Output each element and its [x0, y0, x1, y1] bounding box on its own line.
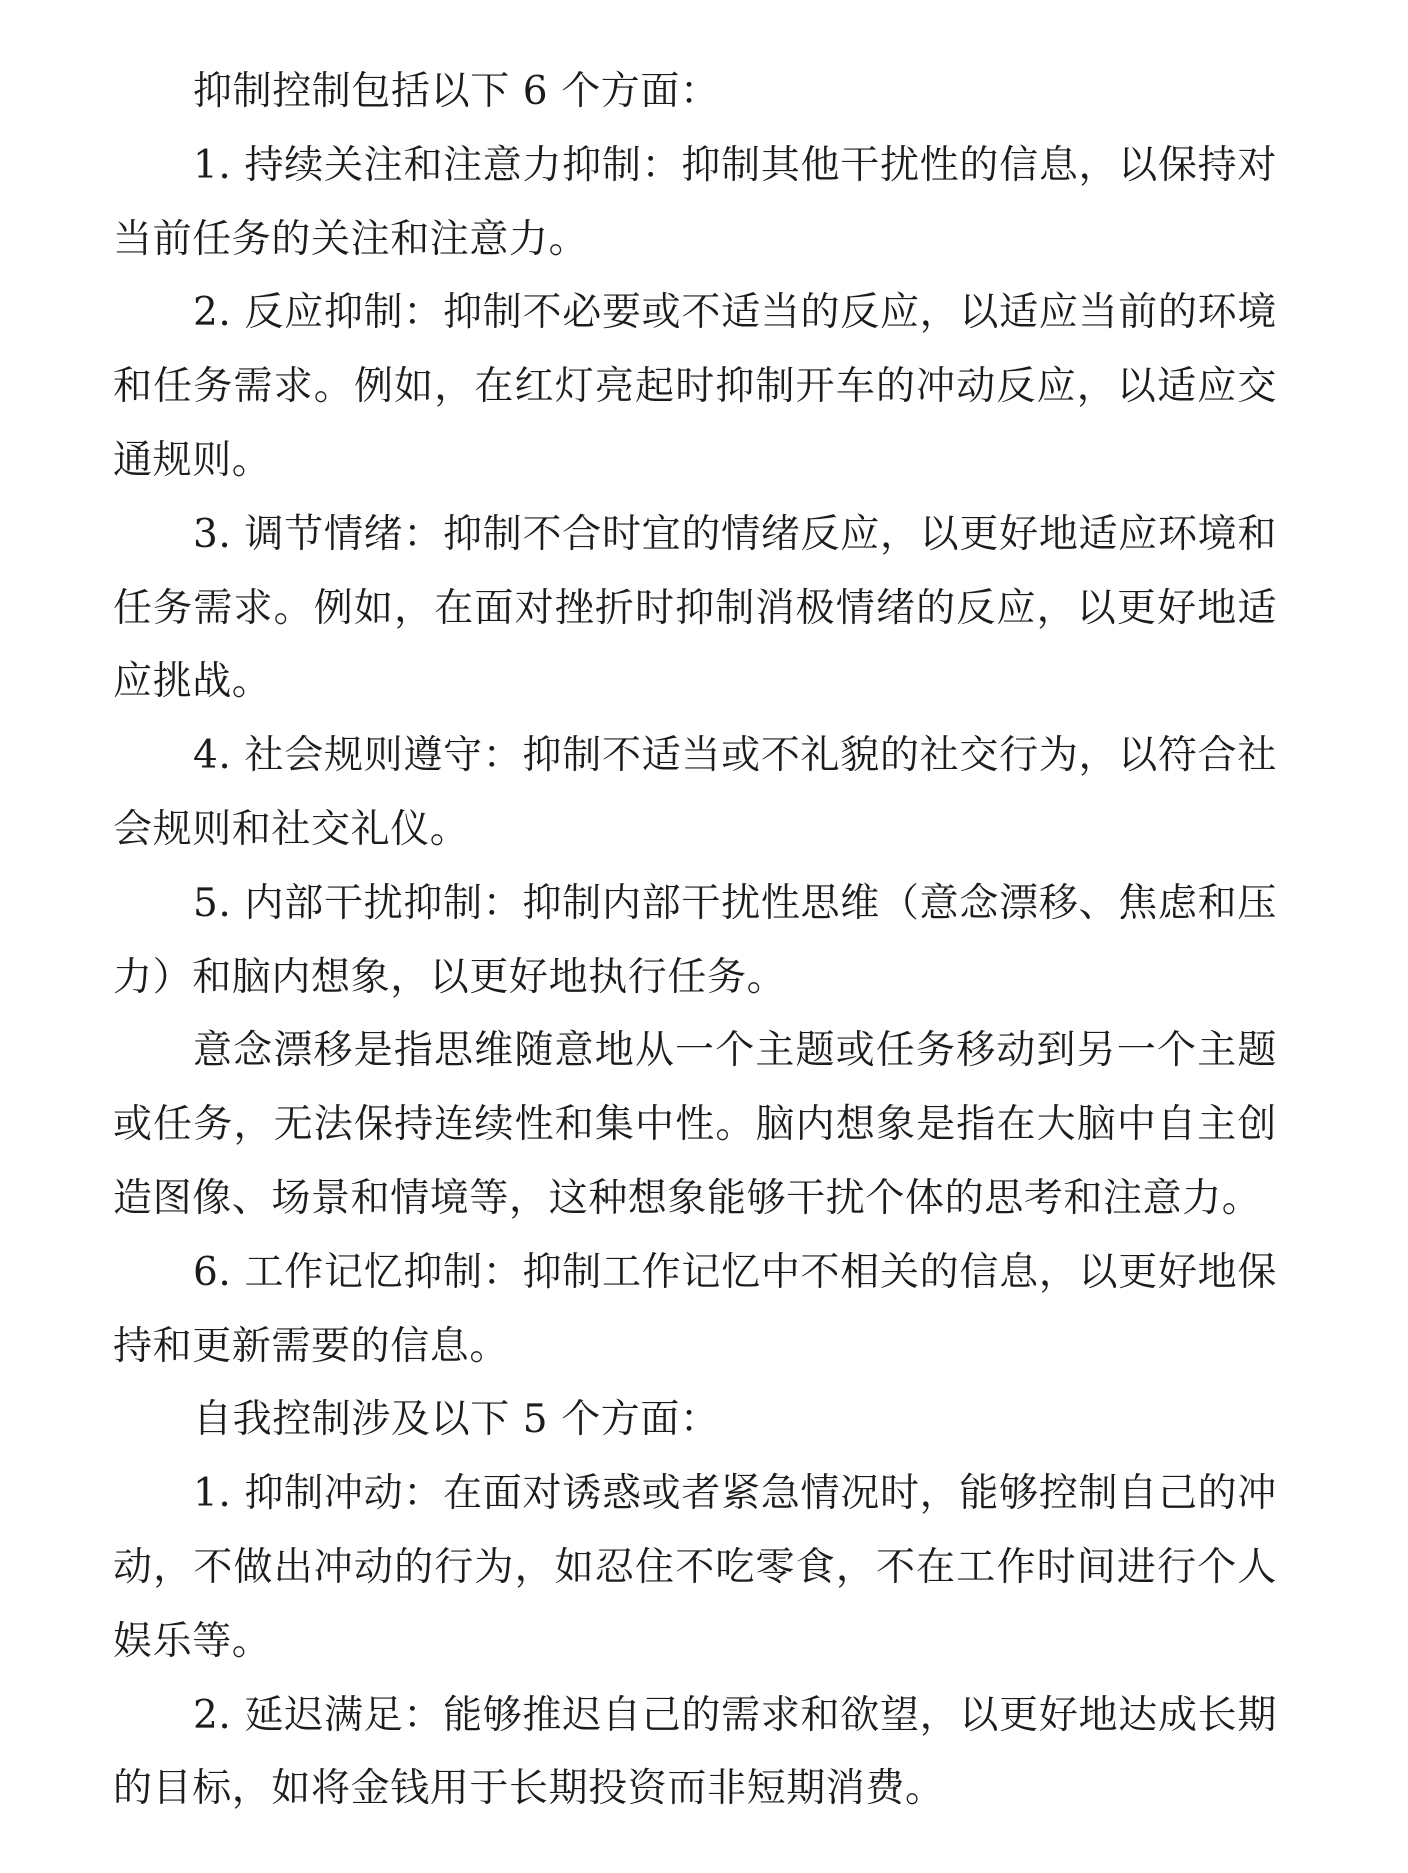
- document-page: 抑制控制包括以下 6 个方面： 1. 持续关注和注意力抑制：抑制其他干扰性的信息…: [113, 55, 1277, 1826]
- paragraph-inhibitory-control-intro: 抑制控制包括以下 6 个方面：: [113, 55, 1277, 129]
- paragraph-social-rules: 4. 社会规则遵守：抑制不适当或不礼貌的社交行为，以符合社会规则和社交礼仪。: [113, 719, 1277, 867]
- paragraph-internal-interference: 5. 内部干扰抑制：抑制内部干扰性思维（意念漂移、焦虑和压力）和脑内想象，以更好…: [113, 867, 1277, 1015]
- paragraph-mind-wandering-explanation: 意念漂移是指思维随意地从一个主题或任务移动到另一个主题或任务，无法保持连续性和集…: [113, 1014, 1277, 1235]
- paragraph-emotion-regulation: 3. 调节情绪：抑制不合时宜的情绪反应，以更好地适应环境和任务需求。例如，在面对…: [113, 498, 1277, 719]
- paragraph-impulse-control: 1. 抑制冲动：在面对诱惑或者紧急情况时，能够控制自己的冲动，不做出冲动的行为，…: [113, 1457, 1277, 1678]
- paragraph-response-inhibition: 2. 反应抑制：抑制不必要或不适当的反应，以适应当前的环境和任务需求。例如，在红…: [113, 276, 1277, 497]
- paragraph-delayed-gratification: 2. 延迟满足：能够推迟自己的需求和欲望，以更好地达成长期的目标，如将金钱用于长…: [113, 1679, 1277, 1827]
- paragraph-self-control-intro: 自我控制涉及以下 5 个方面：: [113, 1383, 1277, 1457]
- paragraph-working-memory: 6. 工作记忆抑制：抑制工作记忆中不相关的信息，以更好地保持和更新需要的信息。: [113, 1236, 1277, 1384]
- paragraph-sustained-attention: 1. 持续关注和注意力抑制：抑制其他干扰性的信息，以保持对当前任务的关注和注意力…: [113, 129, 1277, 277]
